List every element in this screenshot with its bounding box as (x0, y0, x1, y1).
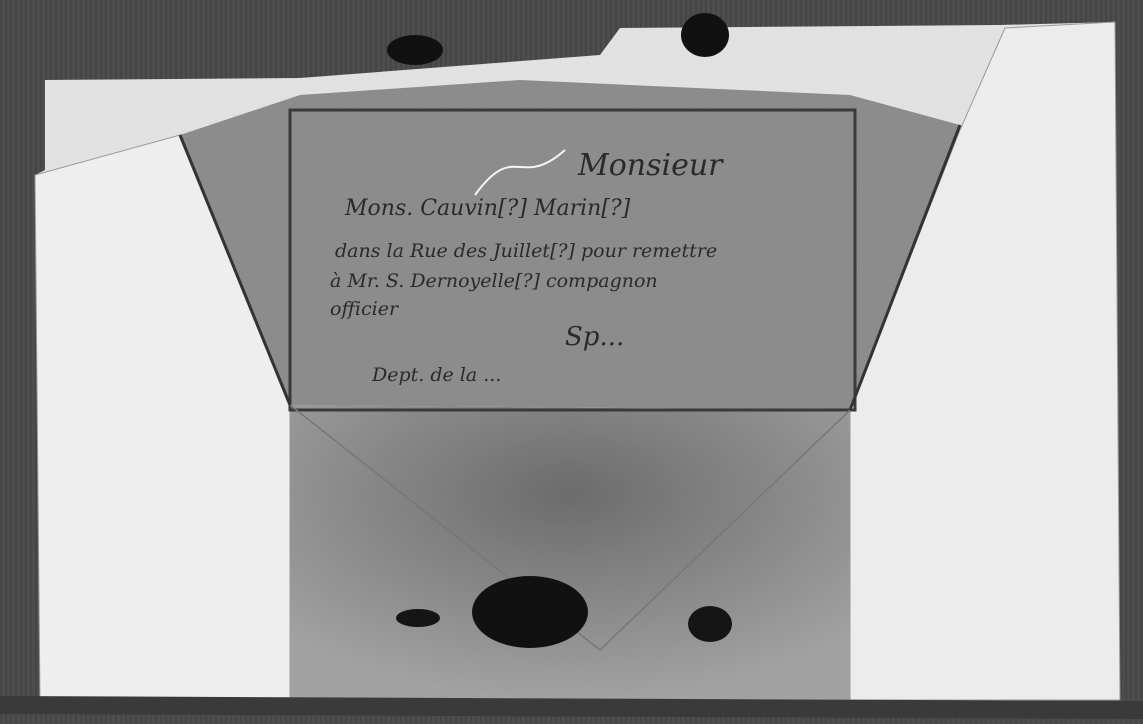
address-line-3: à Mr. S. Dernoyelle[?] compagnon (330, 270, 658, 292)
wax-seal-small-left (396, 609, 440, 627)
destination-text: Sp... (565, 322, 624, 352)
stained-panel (290, 405, 850, 700)
hole-top-left (387, 35, 443, 65)
wax-seal-small-right (688, 606, 732, 642)
address-line-2: dans la Rue des Juillet[?] pour remettre (335, 240, 717, 262)
address-line-1: Mons. Cauvin[?] Marin[?] (345, 196, 630, 221)
hole-top-right (681, 13, 729, 57)
address-line-4: officier (330, 298, 398, 320)
wax-seal (472, 576, 588, 648)
address-line-5: Dept. de la ... (372, 364, 501, 386)
scan-background: Monsieur Mons. Cauvin[?] Marin[?] dans l… (0, 0, 1143, 724)
salutation-text: Monsieur (578, 148, 723, 183)
envelope-image (0, 0, 1143, 724)
